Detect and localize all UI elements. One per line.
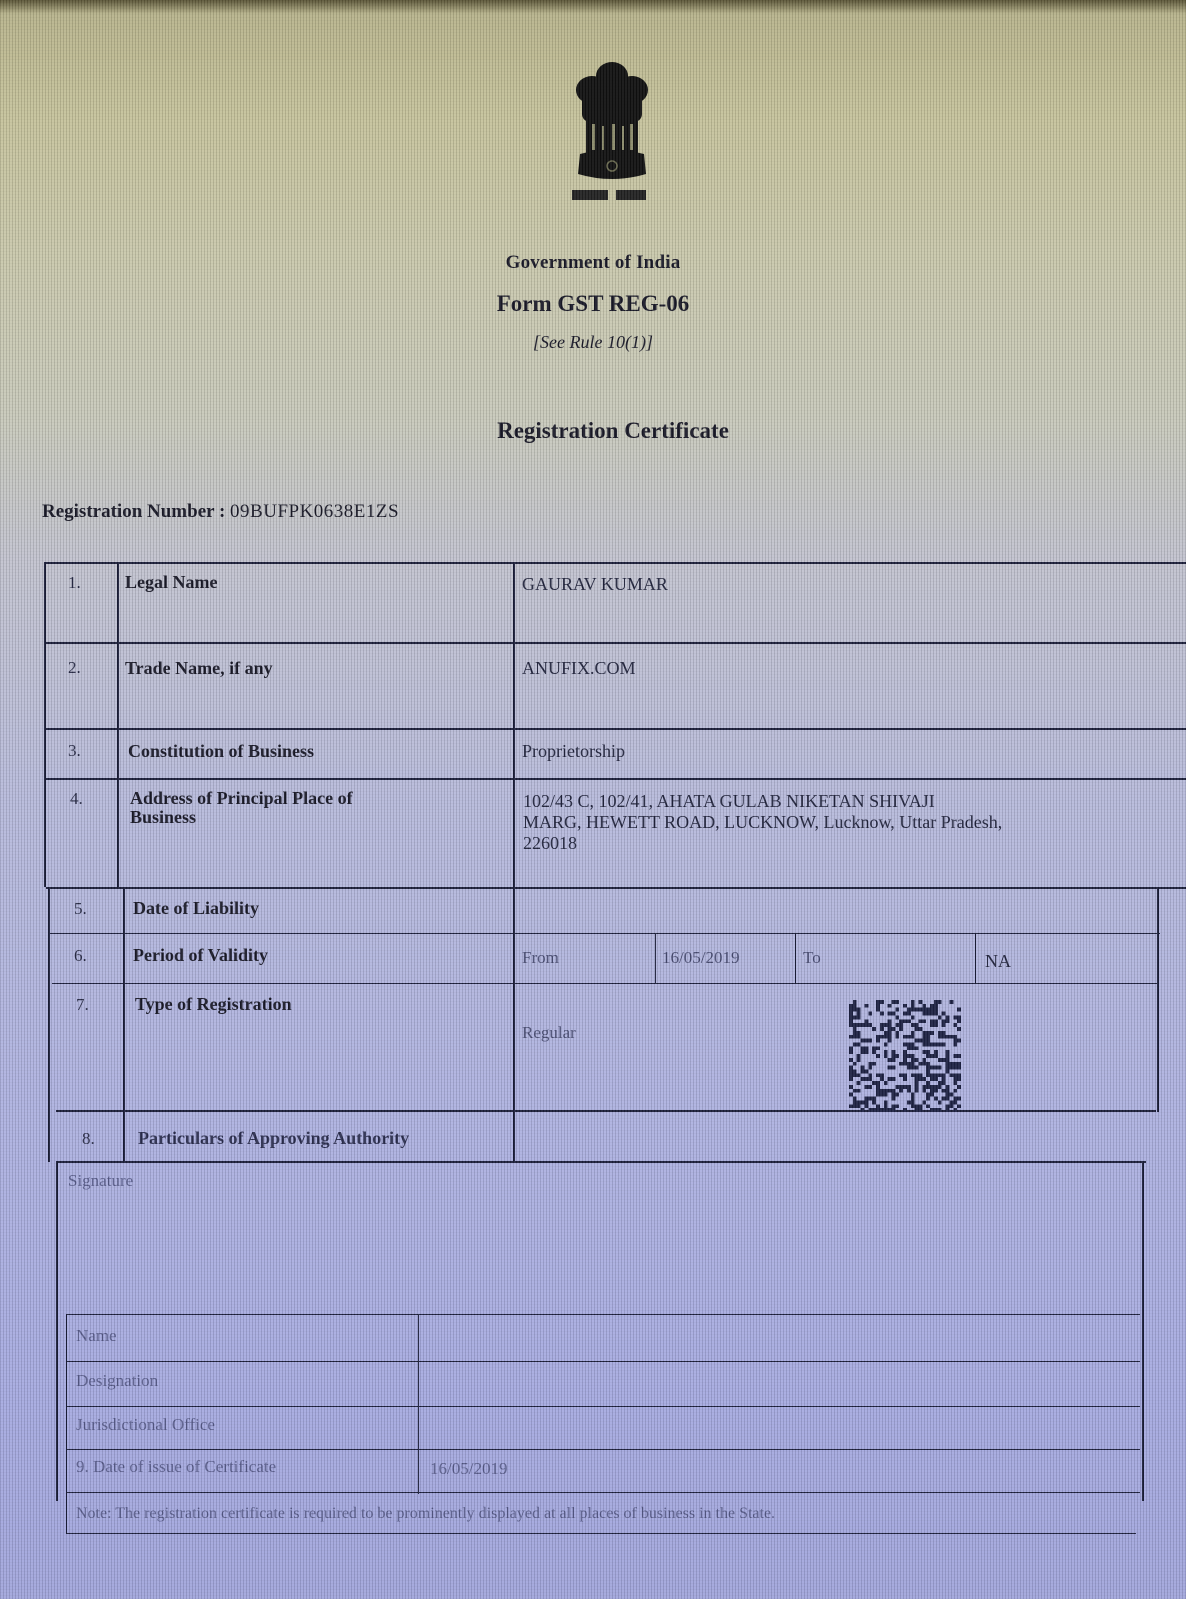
registration-type-value: Regular bbox=[522, 1022, 576, 1043]
constitution-value: Proprietorship bbox=[522, 741, 625, 762]
row-label: Type of Registration bbox=[135, 994, 292, 1015]
address-line3: 226018 bbox=[523, 833, 577, 854]
legal-name-value: GAURAV KUMAR bbox=[522, 574, 668, 595]
row-number: 2. bbox=[68, 657, 81, 678]
registration-number-label: Registration Number : bbox=[42, 501, 230, 522]
registration-number-value: 09BUFPK0638E1ZS bbox=[230, 501, 399, 522]
row-label-line2: Business bbox=[130, 807, 196, 828]
row-label-line1: Address of Principal Place of bbox=[130, 788, 353, 809]
row-number: 6. bbox=[74, 945, 87, 966]
row-number: 7. bbox=[76, 994, 89, 1015]
row-number: 4. bbox=[70, 788, 83, 809]
row-number: 3. bbox=[68, 740, 81, 761]
row-number: 8. bbox=[82, 1128, 95, 1149]
validity-to-label: To bbox=[803, 947, 821, 968]
display-note: Note: The registration certificate is re… bbox=[76, 1503, 775, 1524]
row-label: Particulars of Approving Authority bbox=[138, 1128, 409, 1149]
national-emblem-icon bbox=[566, 54, 658, 214]
row-label: Date of Liability bbox=[133, 898, 259, 919]
issue-date-value: 16/05/2019 bbox=[430, 1458, 507, 1479]
qr-code-icon bbox=[846, 1000, 964, 1112]
registration-number: Registration Number : 09BUFPK0638E1ZS bbox=[42, 501, 399, 523]
form-title: Form GST REG-06 bbox=[0, 291, 1186, 317]
row-label: Period of Validity bbox=[133, 945, 268, 966]
certificate-title: Registration Certificate bbox=[0, 418, 1186, 444]
government-title: Government of India bbox=[0, 252, 1186, 274]
address-line2: MARG, HEWETT ROAD, LUCKNOW, Lucknow, Utt… bbox=[523, 812, 1002, 833]
validity-from-date: 16/05/2019 bbox=[662, 947, 739, 968]
designation-label: Designation bbox=[76, 1370, 158, 1391]
rule-reference: [See Rule 10(1)] bbox=[0, 332, 1186, 353]
address-line1: 102/43 C, 102/41, AHATA GULAB NIKETAN SH… bbox=[523, 791, 935, 812]
row-label: Trade Name, if any bbox=[125, 658, 273, 679]
validity-to-date: NA bbox=[985, 951, 1011, 972]
row-number: 1. bbox=[68, 572, 81, 593]
row-number: 5. bbox=[74, 898, 87, 919]
row-label: Legal Name bbox=[125, 572, 217, 593]
jurisdictional-office-label: Jurisdictional Office bbox=[76, 1414, 215, 1435]
issue-date-label: 9. Date of issue of Certificate bbox=[76, 1456, 276, 1477]
name-label: Name bbox=[76, 1325, 117, 1346]
trade-name-value: ANUFIX.COM bbox=[522, 658, 636, 679]
row-label: Constitution of Business bbox=[128, 741, 314, 762]
validity-from-label: From bbox=[522, 947, 559, 968]
signature-label: Signature bbox=[68, 1170, 133, 1191]
